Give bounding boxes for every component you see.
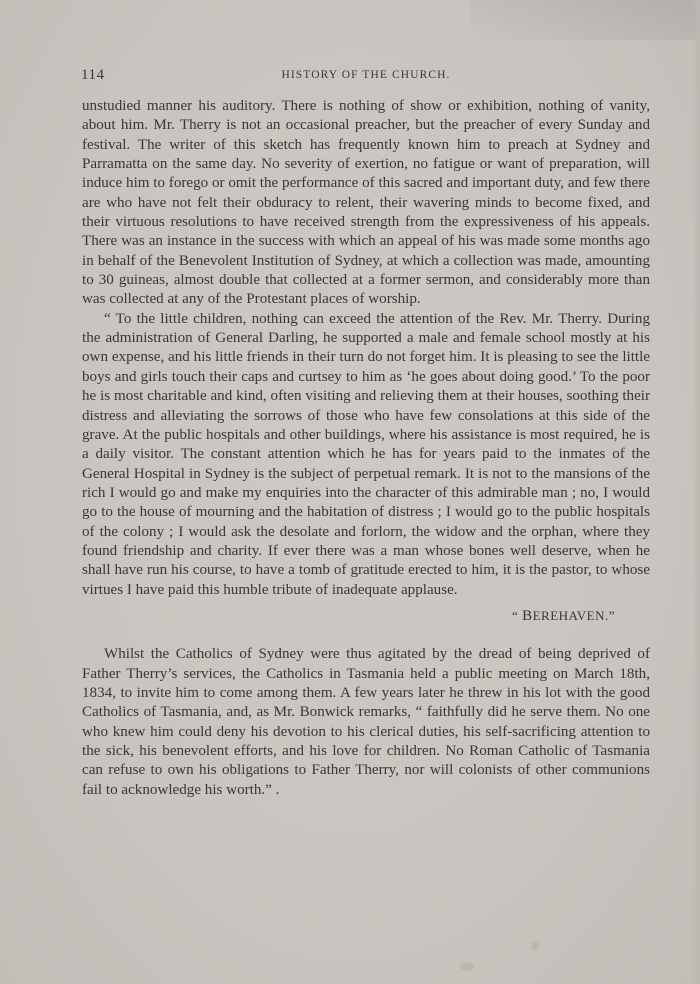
- paragraph-2-quotation: “ To the little children, nothing can ex…: [82, 310, 650, 600]
- book-page: 114 HISTORY OF THE CHURCH. unstudied man…: [0, 0, 700, 984]
- paragraph-3: Whilst the Catholics of Sydney were thus…: [82, 645, 650, 800]
- signature-initial: B: [522, 608, 533, 624]
- page-edge-shadow: [692, 0, 700, 984]
- body-text: unstudied manner his auditory. There is …: [82, 97, 650, 800]
- signature-open-quote: “: [512, 608, 522, 623]
- signature-rest: EREHAVEN.: [533, 608, 609, 623]
- paper-stain: [531, 941, 539, 951]
- signature-close-quote: ”: [609, 608, 615, 623]
- quotation-signature: “ BEREHAVEN.”: [82, 606, 650, 626]
- paper-stain: [460, 963, 474, 971]
- paragraph-1: unstudied manner his auditory. There is …: [82, 97, 650, 310]
- running-title: HISTORY OF THE CHURCH.: [81, 69, 651, 81]
- page-corner-shadow: [470, 0, 700, 40]
- running-head: 114 HISTORY OF THE CHURCH.: [81, 67, 651, 87]
